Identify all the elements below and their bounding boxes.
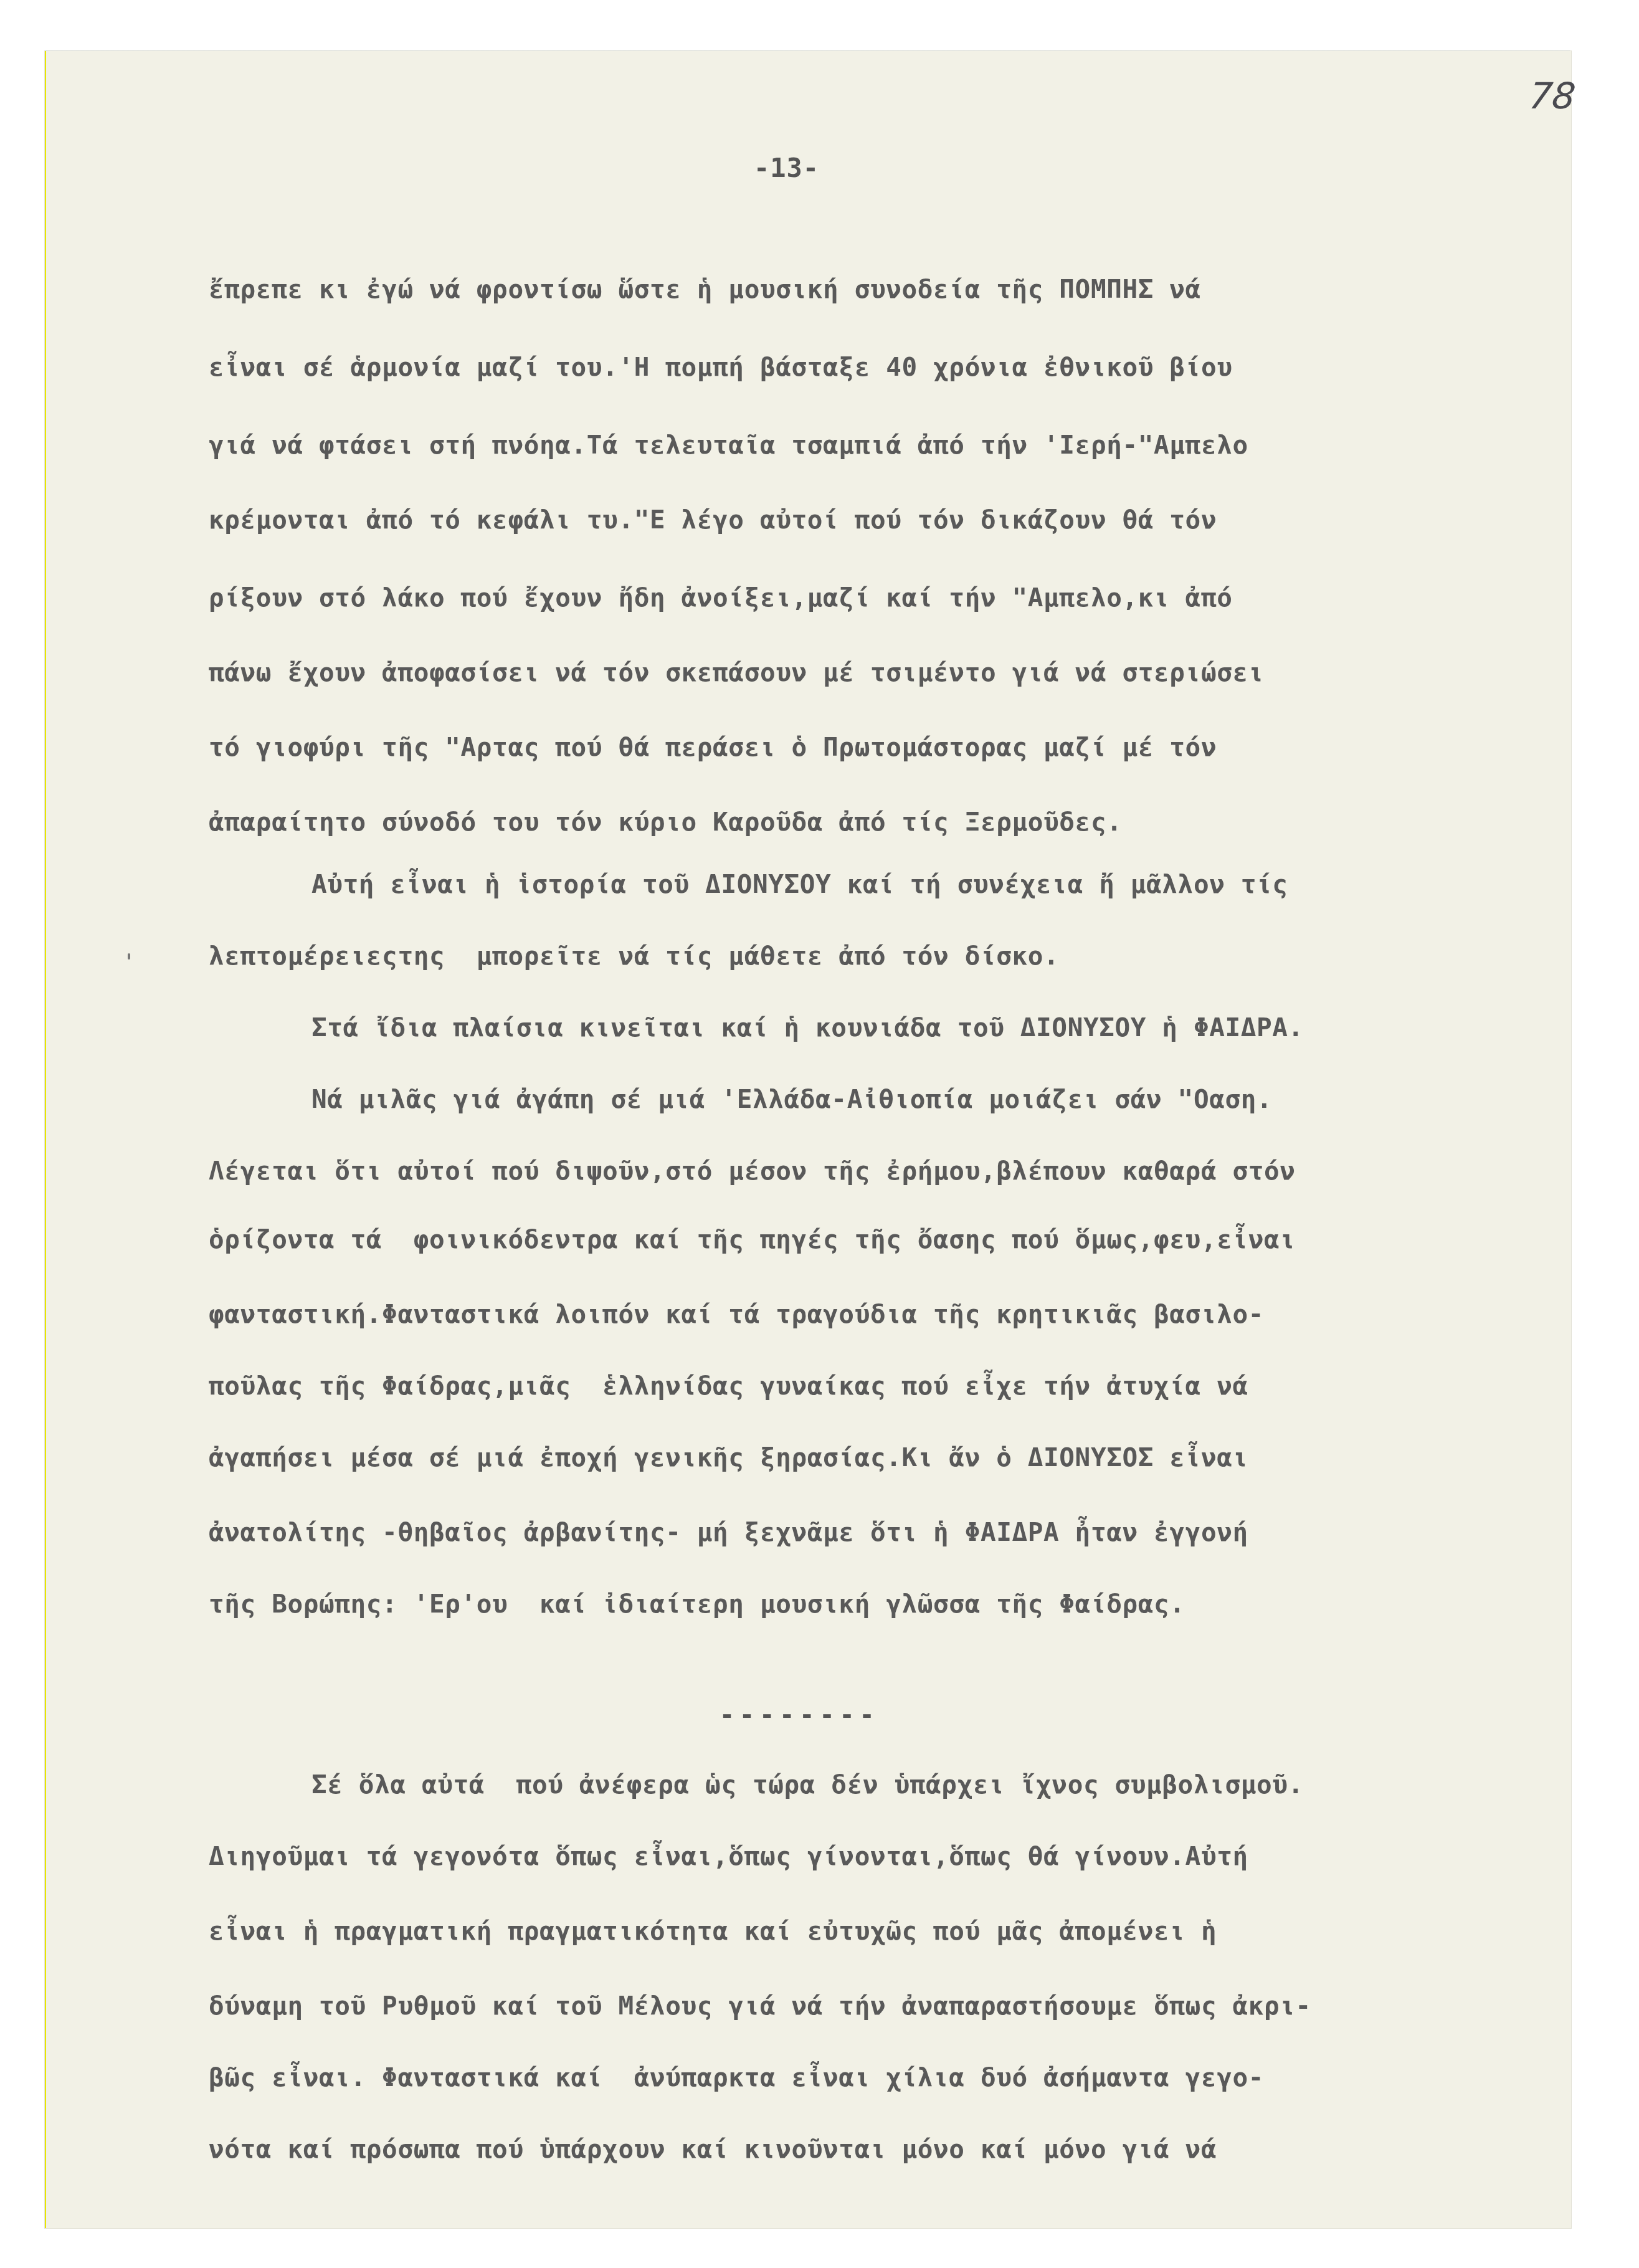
text-line: ἀνατολίτης -θηβαῖος ἀρβανίτης- μή ξεχνᾶμ… bbox=[209, 1517, 1248, 1547]
text-line: τῆς Βορώπης: 'Ερ'ου καί ἰδιαίτερη μουσικ… bbox=[209, 1589, 1185, 1619]
text-line: γιά νά φτάσει στή πνόηα.Τά τελευταῖα τσα… bbox=[209, 430, 1248, 460]
text-line: εἶναι ἡ πραγματική πραγματικότητα καί εὐ… bbox=[209, 1916, 1217, 1946]
text-line: τό γιοφύρι τῆς "Αρτας πού θά περάσει ὁ Π… bbox=[209, 732, 1217, 762]
text-line: νότα καί πρόσωπα πού ὑπάρχουν καί κινοῦν… bbox=[209, 2134, 1217, 2164]
text-line: κρέμονται ἀπό τό κεφάλι τυ."Ε λέγο αὐτοί… bbox=[209, 505, 1217, 535]
text-line: πάνω ἔχουν ἀποφασίσει νά τόν σκεπάσουν μ… bbox=[209, 657, 1264, 687]
text-line: εἶναι σέ ἁρμονία μαζί του.'Η πομπή βάστα… bbox=[209, 352, 1232, 382]
text-line: Στά ἴδια πλαίσια κινεῖται καί ἡ κουνιάδα… bbox=[311, 1012, 1304, 1042]
text-line: Λέγεται ὅτι αὐτοί πού διψοῦν,στό μέσον τ… bbox=[209, 1156, 1296, 1186]
text-line: βῶς εἶναι. Φανταστικά καί ἀνύπαρκτα εἶνα… bbox=[209, 2062, 1264, 2092]
text-line: ἔπρεπε κι ἐγώ νά φροντίσω ὥστε ἡ μουσική… bbox=[209, 274, 1201, 304]
text-line: Διηγοῦμαι τά γεγονότα ὅπως εἶναι,ὅπως γί… bbox=[209, 1841, 1248, 1871]
section-separator: -------- bbox=[720, 1701, 880, 1730]
text-line: ἀπαραίτητο σύνοδό του τόν κύριο Καροῦδα … bbox=[209, 807, 1122, 837]
folio-number: 78 bbox=[1527, 75, 1577, 117]
text-line: ποῦλας τῆς Φαίδρας,μιᾶς ἑλληνίδας γυναίκ… bbox=[209, 1371, 1248, 1401]
page-number: -13- bbox=[754, 153, 819, 183]
text-line: ἀγαπήσει μέσα σέ μιά ἐποχή γενικῆς ξηρασ… bbox=[209, 1442, 1248, 1472]
text-line: δύναμη τοῦ Ρυθμοῦ καί τοῦ Μέλους γιά νά … bbox=[209, 1991, 1311, 2021]
text-line: Σέ ὅλα αὐτά πού ἀνέφερα ὡς τώρα δέν ὑπάρ… bbox=[311, 1770, 1304, 1799]
text-line: Νά μιλᾶς γιά ἀγάπη σέ μιά 'Ελλάδα-Αἰθιοπ… bbox=[311, 1084, 1272, 1114]
text-line: ὁρίζοντα τά φοινικόδεντρα καί τῆς πηγές … bbox=[209, 1224, 1296, 1254]
text-line: φανταστική.Φανταστικά λοιπόν καί τά τραγ… bbox=[209, 1299, 1264, 1329]
stray-mark bbox=[128, 953, 130, 960]
text-line: Αὐτή εἶναι ἡ ἱστορία τοῦ ΔΙΟΝΥΣΟΥ καί τή… bbox=[311, 869, 1288, 899]
text-line: ρίξουν στό λάκο πού ἔχουν ἤδη ἀνοίξει,μα… bbox=[209, 583, 1232, 612]
text-line: λεπτομέρειεςτης μπορεῖτε νά τίς μάθετε ἀ… bbox=[209, 941, 1059, 971]
